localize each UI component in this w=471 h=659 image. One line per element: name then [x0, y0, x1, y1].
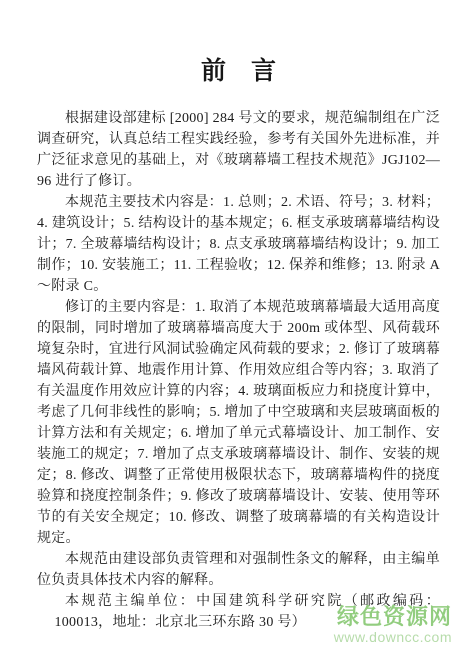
- paragraph-revision-basis: 根据建设部建标 [2000] 284 号文的要求，规范编制组在广泛调查研究，认真…: [37, 108, 440, 192]
- page-title: 前 言: [37, 56, 440, 88]
- watermark-site-name: 绿色资源网: [334, 606, 452, 628]
- watermark: 绿色资源网 www.downcc.com: [334, 606, 452, 644]
- paragraph-interpretation-responsibility: 本规范由建设部负责管理和对强制性条文的解释，由主编单位负责具体技术内容的解释。: [37, 549, 440, 591]
- document-body: 根据建设部建标 [2000] 284 号文的要求，规范编制组在广泛调查研究，认真…: [37, 108, 440, 633]
- paragraph-main-contents: 本规范主要技术内容是：1. 总则；2. 术语、符号；3. 材料；4. 建筑设计；…: [37, 192, 440, 297]
- paragraph-revision-details: 修订的主要内容是：1. 取消了本规范玻璃幕墙最大适用高度的限制，同时增加了玻璃幕…: [37, 297, 440, 549]
- watermark-site-url: www.downcc.com: [334, 630, 452, 644]
- scanned-document-page: 前 言 根据建设部建标 [2000] 284 号文的要求，规范编制组在广泛调查研…: [0, 0, 471, 659]
